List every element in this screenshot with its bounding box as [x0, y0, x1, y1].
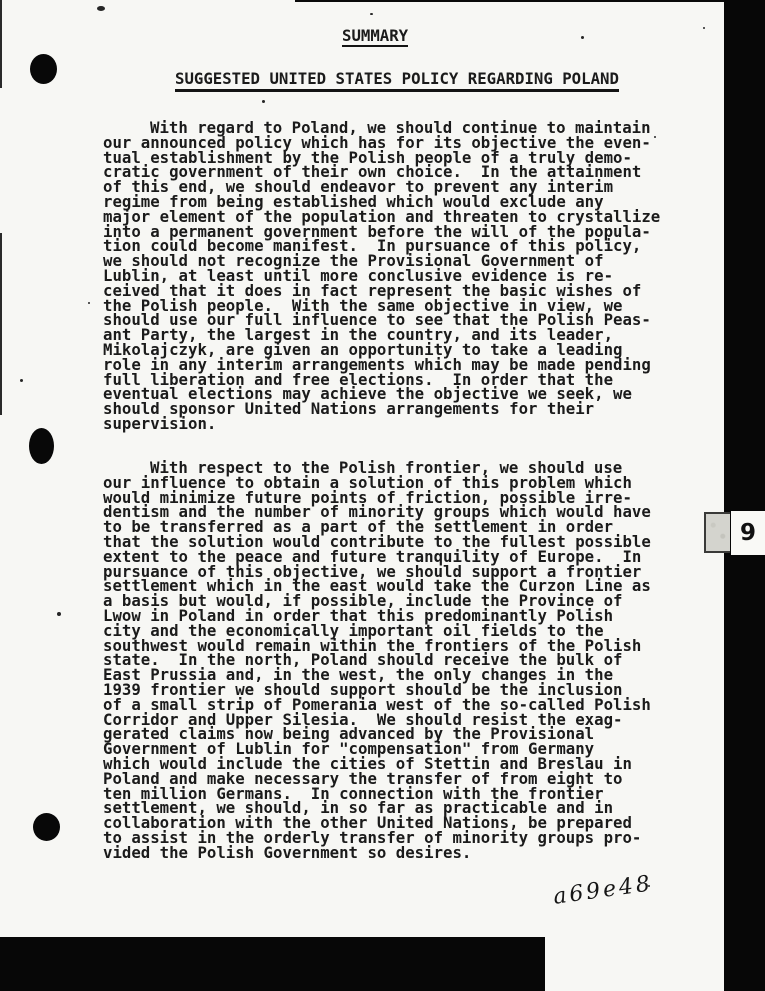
document-subtitle: SUGGESTED UNITED STATES POLICY REGARDING…: [175, 70, 619, 92]
scan-edge-left-mark: [0, 0, 2, 88]
hole-punch-mark: [30, 54, 57, 84]
page-number-tab: 9: [731, 511, 765, 555]
paragraph-policy: With regard to Poland, we should continu…: [103, 121, 678, 432]
scan-speck: [88, 302, 90, 304]
scan-speck: [262, 100, 265, 103]
scan-black-bottom-bar: [0, 937, 545, 991]
scan-speck: [581, 36, 584, 39]
scan-edge-top-line: [295, 0, 765, 2]
scan-speck: [20, 379, 23, 382]
scanned-document-page: SUMMARY SUGGESTED UNITED STATES POLICY R…: [0, 0, 765, 991]
scan-speck: [57, 612, 61, 616]
text-line: vided the Polish Government so desires.: [103, 846, 678, 861]
scan-speck: [97, 6, 105, 11]
page-number: 9: [740, 520, 756, 546]
hole-punch-mark: [33, 813, 60, 841]
paragraph-frontier: With respect to the Polish frontier, we …: [103, 461, 678, 861]
scan-speck: [703, 27, 705, 29]
scan-speck: [370, 13, 373, 15]
scan-black-right-bar: [724, 0, 765, 991]
hole-punch-mark: [29, 428, 54, 464]
page-tab-gray-square: [704, 512, 730, 553]
scan-edge-left-mark: [0, 233, 2, 415]
text-line: supervision.: [103, 417, 678, 432]
document-title: SUMMARY: [342, 28, 408, 47]
handwritten-note: a69e48: [552, 871, 655, 910]
